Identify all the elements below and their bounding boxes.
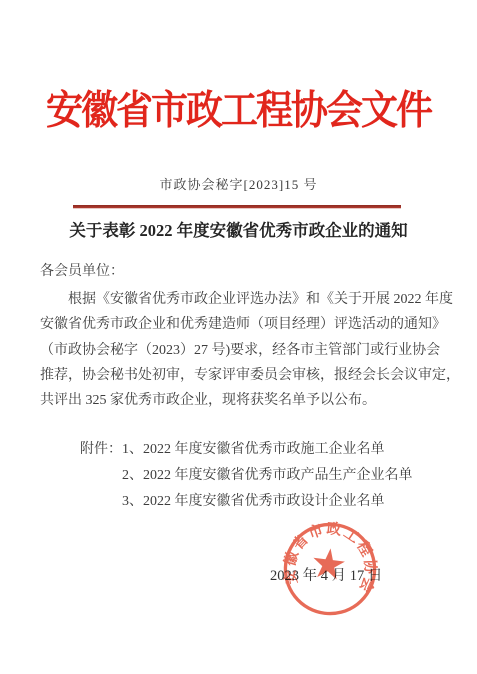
attachment-item: 2、2022 年度安徽省优秀市政产品生产企业名单 xyxy=(122,463,413,489)
paragraph-line: （市政协会秘字（2023）27 号)要求，经各市主管部门或行业协会 xyxy=(40,338,434,363)
paragraph-line: 共评出 325 家优秀市政企业，现将获奖名单予以公布。 xyxy=(40,388,434,413)
doc-number: 市政协会秘字[2023]15 号 xyxy=(0,174,477,193)
notice-title: 关于表彰 2022 年度安徽省优秀市政企业的通知 xyxy=(0,217,477,241)
attachment-item: 3、2022 年度安徽省优秀市政设计企业名单 xyxy=(122,489,413,515)
attachment-item: 1、2022 年度安徽省优秀市政施工企业名单 xyxy=(122,437,413,463)
notice-paragraph: 根据《安徽省优秀市政企业评选办法》和《关于开展 2022 年度 安徽省优秀市政企… xyxy=(40,287,434,413)
attachments-list: 1、2022 年度安徽省优秀市政施工企业名单 2、2022 年度安徽省优秀市政产… xyxy=(122,437,413,515)
official-seal: 安徽省市政工程协会 xyxy=(281,520,379,618)
document-page: 安徽省市政工程协会文件 市政协会秘字[2023]15 号 关于表彰 2022 年… xyxy=(0,0,477,674)
salutation: 各会员单位： xyxy=(40,259,434,284)
paragraph-line: 安徽省优秀市政企业和优秀建造师（项目经理）评选活动的通知》 xyxy=(40,312,434,337)
star-icon xyxy=(311,546,346,580)
paragraph-line: 根据《安徽省优秀市政企业评选办法》和《关于开展 2022 年度 xyxy=(40,287,434,312)
attachments-label: 附件： xyxy=(80,437,122,515)
notice-body: 各会员单位： 根据《安徽省优秀市政企业评选办法》和《关于开展 2022 年度 安… xyxy=(40,259,434,413)
org-title: 安徽省市政工程协会文件 xyxy=(0,77,477,135)
seal-group: 安徽省市政工程协会 xyxy=(281,520,379,618)
header-divider xyxy=(73,205,401,209)
paragraph-line: 推荐，协会秘书处初审，专家评审委员会审核，报经会长会议审定， xyxy=(40,363,434,388)
attachments-block: 附件： 1、2022 年度安徽省优秀市政施工企业名单 2、2022 年度安徽省优… xyxy=(80,437,413,515)
